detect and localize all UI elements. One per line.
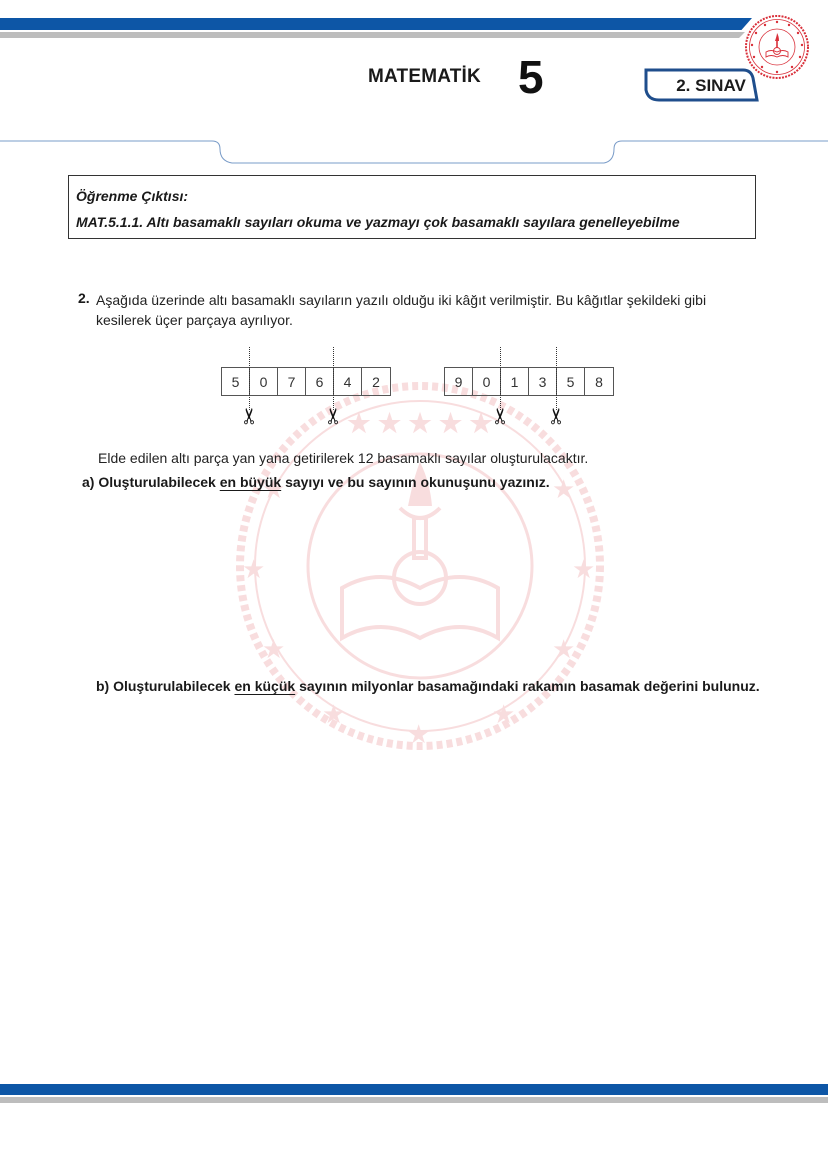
question-part-b: b) Oluşturulabilecek en küçük sayının mi… bbox=[96, 678, 760, 694]
learning-outcome-label: Öğrenme Çıktısı: bbox=[76, 188, 188, 204]
svg-text:★: ★ bbox=[407, 719, 430, 749]
header-separator bbox=[0, 135, 828, 170]
question-text: Aşağıda üzerinde altı basamaklı sayıları… bbox=[96, 290, 756, 330]
header-blue-bar bbox=[0, 18, 752, 30]
svg-text:★: ★ bbox=[572, 554, 595, 584]
cut-line bbox=[249, 347, 250, 410]
question-part-a: a) Oluşturulabilecek en büyük sayıyı ve … bbox=[82, 474, 550, 490]
svg-text:★: ★ bbox=[492, 699, 515, 729]
question-number: 2. bbox=[78, 290, 90, 306]
scissors-icon: ✂ bbox=[237, 407, 259, 425]
part-b-emphasis: en küçük bbox=[234, 678, 295, 694]
paper-strip-2: 901358 bbox=[444, 367, 614, 396]
digit-cell: 9 bbox=[445, 368, 473, 395]
scissors-icon: ✂ bbox=[488, 407, 510, 425]
cut-line bbox=[333, 347, 334, 410]
cut-line bbox=[556, 347, 557, 410]
learning-outcome-text: MAT.5.1.1. Altı basamaklı sayıları okuma… bbox=[76, 214, 680, 230]
cut-line bbox=[500, 347, 501, 410]
digit-cell: 0 bbox=[250, 368, 278, 395]
svg-text:★: ★ bbox=[242, 554, 265, 584]
part-b-suffix: sayının milyonlar basamağındaki rakamın … bbox=[295, 678, 759, 694]
svg-text:★ ★ ★ ★ ★: ★ ★ ★ ★ ★ bbox=[347, 408, 493, 438]
svg-text:★: ★ bbox=[552, 634, 575, 664]
digit-cell: 0 bbox=[473, 368, 501, 395]
scissors-icon: ✂ bbox=[544, 407, 566, 425]
digit-cell: 8 bbox=[585, 368, 613, 395]
ministry-seal-watermark-icon: ★ ★ ★ ★ ★ ★★★ ★★★ ★★★ bbox=[232, 378, 608, 754]
digit-cell: 5 bbox=[557, 368, 585, 395]
digit-cell: 6 bbox=[306, 368, 334, 395]
part-a-prefix: a) Oluşturulabilecek bbox=[82, 474, 220, 490]
digit-cell: 2 bbox=[362, 368, 390, 395]
svg-text:★: ★ bbox=[322, 699, 345, 729]
svg-text:★: ★ bbox=[552, 474, 575, 504]
digit-cell: 1 bbox=[501, 368, 529, 395]
digit-cell: 5 bbox=[222, 368, 250, 395]
scissors-icon: ✂ bbox=[321, 407, 343, 425]
footer-gray-bar bbox=[0, 1097, 828, 1103]
digit-cell: 4 bbox=[334, 368, 362, 395]
info-text: Elde edilen altı parça yan yana getirile… bbox=[98, 450, 588, 466]
part-a-suffix: sayıyı ve bu sayının okunuşunu yazınız. bbox=[281, 474, 549, 490]
grade-number: 5 bbox=[518, 54, 544, 100]
footer-blue-bar bbox=[0, 1084, 828, 1095]
subject-title: MATEMATİK bbox=[368, 66, 481, 88]
part-b-prefix: b) Oluşturulabilecek bbox=[96, 678, 234, 694]
digit-cell: 7 bbox=[278, 368, 306, 395]
header-gray-bar bbox=[0, 32, 745, 38]
svg-text:★: ★ bbox=[262, 634, 285, 664]
paper-strip-1: 507642 bbox=[221, 367, 391, 396]
digit-cell: 3 bbox=[529, 368, 557, 395]
exam-label: 2. SINAV bbox=[663, 76, 759, 96]
part-a-emphasis: en büyük bbox=[220, 474, 281, 490]
